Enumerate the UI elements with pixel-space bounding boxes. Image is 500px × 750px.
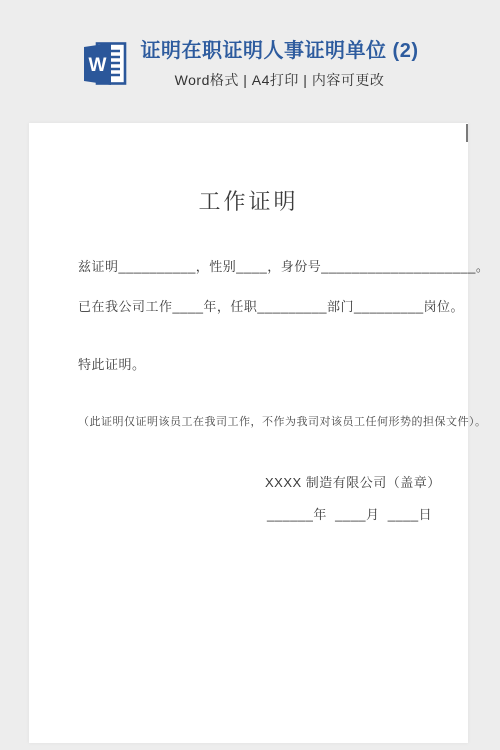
- company-seal-line: XXXX 制造有限公司（盖章）: [265, 472, 441, 491]
- date-line: ______年 ____月 ____日: [267, 504, 432, 523]
- header-content: W 证明在职证明人事证明单位 (2) Word格式 | A4打印 | 内容可更改: [82, 39, 419, 90]
- document-page: 工作证明 兹证明__________，性别____，身份号___________…: [29, 123, 468, 743]
- disclaimer-note: （此证明仅证明该员工在我司工作，不作为我司对该员工任何形势的担保文件）。: [78, 413, 438, 429]
- document-title: 工作证明: [29, 185, 468, 216]
- template-subtitle: Word格式 | A4打印 | 内容可更改: [175, 70, 385, 90]
- word-icon-letter: W: [88, 55, 106, 76]
- word-icon: W: [82, 40, 129, 88]
- header-text: 证明在职证明人事证明单位 (2) Word格式 | A4打印 | 内容可更改: [141, 39, 419, 90]
- certify-line: 兹证明__________，性别____，身份号________________…: [78, 256, 438, 275]
- header: W 证明在职证明人事证明单位 (2) Word格式 | A4打印 | 内容可更改: [0, 0, 500, 123]
- preview-screen: W 证明在职证明人事证明单位 (2) Word格式 | A4打印 | 内容可更改…: [0, 0, 500, 750]
- scrollbar-thumb[interactable]: [466, 124, 468, 142]
- template-title: 证明在职证明人事证明单位 (2): [141, 39, 419, 63]
- hereby-certify-line: 特此证明。: [78, 354, 438, 373]
- employment-line: 已在我公司工作____年，任职_________部门_________岗位。: [78, 296, 438, 315]
